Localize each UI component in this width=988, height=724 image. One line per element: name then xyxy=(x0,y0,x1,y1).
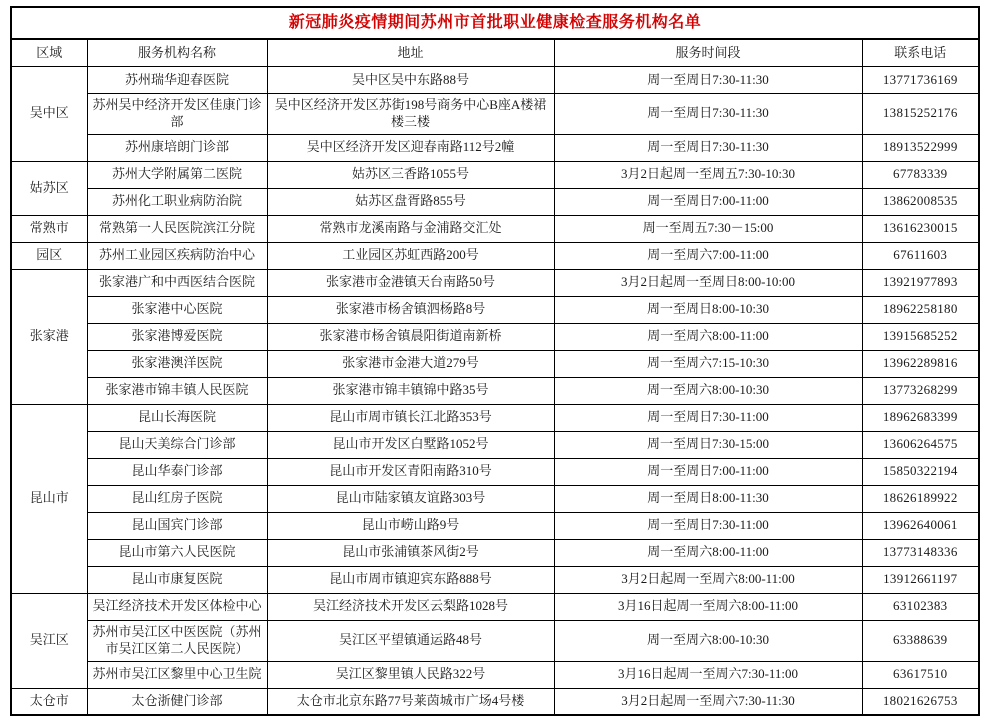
phone-cell: 67611603 xyxy=(862,242,979,269)
address-cell: 太仓市北京东路77号莱茵城市广场4号楼 xyxy=(267,688,554,715)
table-row: 昆山市康复医院昆山市周市镇迎宾东路888号3月2日起周一至周六8:00-11:0… xyxy=(11,566,979,593)
table-row: 苏州吴中经济开发区佳康门诊部吴中区经济开发区苏街198号商务中心B座A楼裙楼三楼… xyxy=(11,94,979,135)
institution-name-cell: 苏州市吴江区中医医院（苏州市吴江区第二人民医院） xyxy=(87,620,267,661)
phone-cell: 13771736169 xyxy=(862,67,979,94)
service-hours-cell: 周一至周六8:00-10:30 xyxy=(554,377,862,404)
address-cell: 昆山市周市镇迎宾东路888号 xyxy=(267,566,554,593)
institution-name-cell: 昆山红房子医院 xyxy=(87,485,267,512)
address-cell: 昆山市周市镇长江北路353号 xyxy=(267,404,554,431)
region-cell: 吴中区 xyxy=(11,67,87,162)
institution-name-cell: 苏州吴中经济开发区佳康门诊部 xyxy=(87,94,267,135)
column-header-1: 服务机构名称 xyxy=(87,39,267,67)
phone-cell: 18021626753 xyxy=(862,688,979,715)
institution-name-cell: 昆山国宾门诊部 xyxy=(87,512,267,539)
address-cell: 昆山市开发区青阳南路310号 xyxy=(267,458,554,485)
service-hours-cell: 周一至周六7:00-11:00 xyxy=(554,242,862,269)
table-row: 姑苏区苏州大学附属第二医院姑苏区三香路1055号3月2日起周一至周五7:30-1… xyxy=(11,161,979,188)
table-row: 昆山市昆山长海医院昆山市周市镇长江北路353号周一至周日7:30-11:0018… xyxy=(11,404,979,431)
table-row: 张家港中心医院张家港市杨舍镇泗杨路8号周一至周日8:00-10:30189622… xyxy=(11,296,979,323)
service-hours-cell: 周一至周六8:00-11:00 xyxy=(554,539,862,566)
address-cell: 昆山市崂山路9号 xyxy=(267,512,554,539)
region-cell: 张家港 xyxy=(11,269,87,404)
table-row: 苏州市吴江区中医医院（苏州市吴江区第二人民医院）吴江区平望镇通运路48号周一至周… xyxy=(11,620,979,661)
institution-name-cell: 张家港广和中西医结合医院 xyxy=(87,269,267,296)
address-cell: 昆山市陆家镇友谊路303号 xyxy=(267,485,554,512)
institution-name-cell: 苏州大学附属第二医院 xyxy=(87,161,267,188)
phone-cell: 18962683399 xyxy=(862,404,979,431)
service-hours-cell: 周一至周日7:30-11:30 xyxy=(554,134,862,161)
service-hours-cell: 3月2日起周一至周六7:30-11:30 xyxy=(554,688,862,715)
service-hours-cell: 周一至周日7:30-11:30 xyxy=(554,94,862,135)
document-page: 新冠肺炎疫情期间苏州市首批职业健康检查服务机构名单 区域服务机构名称地址服务时间… xyxy=(0,0,988,724)
address-cell: 张家港市杨舍镇晨阳街道南新桥 xyxy=(267,323,554,350)
phone-cell: 13862008535 xyxy=(862,188,979,215)
region-cell: 常熟市 xyxy=(11,215,87,242)
institution-name-cell: 苏州化工职业病防治院 xyxy=(87,188,267,215)
table-row: 张家港博爱医院张家港市杨舍镇晨阳街道南新桥周一至周六8:00-11:001391… xyxy=(11,323,979,350)
address-cell: 吴江区平望镇通运路48号 xyxy=(267,620,554,661)
column-header-0: 区域 xyxy=(11,39,87,67)
institution-name-cell: 昆山天美综合门诊部 xyxy=(87,431,267,458)
institution-name-cell: 昆山市第六人民医院 xyxy=(87,539,267,566)
table-row: 昆山天美综合门诊部昆山市开发区白墅路1052号周一至周日7:30-15:0013… xyxy=(11,431,979,458)
column-header-row: 区域服务机构名称地址服务时间段联系电话 xyxy=(11,39,979,67)
address-cell: 张家港市锦丰镇锦中路35号 xyxy=(267,377,554,404)
phone-cell: 13815252176 xyxy=(862,94,979,135)
address-cell: 吴江经济技术开发区云梨路1028号 xyxy=(267,593,554,620)
service-hours-cell: 周一至周日8:00-11:30 xyxy=(554,485,862,512)
phone-cell: 13912661197 xyxy=(862,566,979,593)
institution-name-cell: 苏州市吴江区黎里中心卫生院 xyxy=(87,661,267,688)
table-row: 园区苏州工业园区疾病防治中心工业园区苏虹西路200号周一至周六7:00-11:0… xyxy=(11,242,979,269)
table-row: 吴中区苏州瑞华迎春医院吴中区吴中东路88号周一至周日7:30-11:301377… xyxy=(11,67,979,94)
service-hours-cell: 周一至周日7:30-11:00 xyxy=(554,512,862,539)
service-hours-cell: 3月16日起周一至周六7:30-11:00 xyxy=(554,661,862,688)
table-row: 张家港市锦丰镇人民医院张家港市锦丰镇锦中路35号周一至周六8:00-10:301… xyxy=(11,377,979,404)
address-cell: 常熟市龙溪南路与金浦路交汇处 xyxy=(267,215,554,242)
table-row: 张家港张家港广和中西医结合医院张家港市金港镇天台南路50号3月2日起周一至周日8… xyxy=(11,269,979,296)
phone-cell: 15850322194 xyxy=(862,458,979,485)
table-row: 昆山红房子医院昆山市陆家镇友谊路303号周一至周日8:00-11:3018626… xyxy=(11,485,979,512)
institution-name-cell: 张家港市锦丰镇人民医院 xyxy=(87,377,267,404)
address-cell: 张家港市金港镇天台南路50号 xyxy=(267,269,554,296)
region-cell: 昆山市 xyxy=(11,404,87,593)
service-hours-cell: 3月2日起周一至周五7:30-10:30 xyxy=(554,161,862,188)
table-row: 苏州化工职业病防治院姑苏区盘胥路855号周一至周日7:00-11:0013862… xyxy=(11,188,979,215)
institution-name-cell: 吴江经济技术开发区体检中心 xyxy=(87,593,267,620)
address-cell: 吴中区吴中东路88号 xyxy=(267,67,554,94)
address-cell: 张家港市杨舍镇泗杨路8号 xyxy=(267,296,554,323)
phone-cell: 13962289816 xyxy=(862,350,979,377)
region-cell: 太仓市 xyxy=(11,688,87,715)
phone-cell: 13921977893 xyxy=(862,269,979,296)
phone-cell: 63102383 xyxy=(862,593,979,620)
service-hours-cell: 周一至周日7:30-15:00 xyxy=(554,431,862,458)
column-header-4: 联系电话 xyxy=(862,39,979,67)
phone-cell: 18626189922 xyxy=(862,485,979,512)
service-hours-cell: 周一至周六8:00-11:00 xyxy=(554,323,862,350)
table-row: 昆山华泰门诊部昆山市开发区青阳南路310号周一至周日7:00-11:001585… xyxy=(11,458,979,485)
institution-name-cell: 昆山长海医院 xyxy=(87,404,267,431)
phone-cell: 63388639 xyxy=(862,620,979,661)
phone-cell: 67783339 xyxy=(862,161,979,188)
service-hours-cell: 3月2日起周一至周六8:00-11:00 xyxy=(554,566,862,593)
table-row: 常熟市常熟第一人民医院滨江分院常熟市龙溪南路与金浦路交汇处周一至周五7:30－1… xyxy=(11,215,979,242)
phone-cell: 13962640061 xyxy=(862,512,979,539)
address-cell: 吴江区黎里镇人民路322号 xyxy=(267,661,554,688)
service-hours-cell: 周一至周日8:00-10:30 xyxy=(554,296,862,323)
phone-cell: 18962258180 xyxy=(862,296,979,323)
column-header-3: 服务时间段 xyxy=(554,39,862,67)
phone-cell: 13915685252 xyxy=(862,323,979,350)
institution-name-cell: 苏州瑞华迎春医院 xyxy=(87,67,267,94)
institutions-table: 新冠肺炎疫情期间苏州市首批职业健康检查服务机构名单 区域服务机构名称地址服务时间… xyxy=(10,6,980,716)
table-row: 昆山国宾门诊部昆山市崂山路9号周一至周日7:30-11:001396264006… xyxy=(11,512,979,539)
address-cell: 工业园区苏虹西路200号 xyxy=(267,242,554,269)
address-cell: 姑苏区盘胥路855号 xyxy=(267,188,554,215)
region-cell: 姑苏区 xyxy=(11,161,87,215)
address-cell: 张家港市金港大道279号 xyxy=(267,350,554,377)
service-hours-cell: 周一至周日7:00-11:00 xyxy=(554,188,862,215)
table-row: 吴江区吴江经济技术开发区体检中心吴江经济技术开发区云梨路1028号3月16日起周… xyxy=(11,593,979,620)
institution-name-cell: 常熟第一人民医院滨江分院 xyxy=(87,215,267,242)
phone-cell: 13606264575 xyxy=(862,431,979,458)
phone-cell: 63617510 xyxy=(862,661,979,688)
page-title: 新冠肺炎疫情期间苏州市首批职业健康检查服务机构名单 xyxy=(11,7,979,39)
institution-name-cell: 苏州康培朗门诊部 xyxy=(87,134,267,161)
institution-name-cell: 张家港博爱医院 xyxy=(87,323,267,350)
institution-name-cell: 苏州工业园区疾病防治中心 xyxy=(87,242,267,269)
service-hours-cell: 周一至周日7:30-11:00 xyxy=(554,404,862,431)
institution-name-cell: 昆山市康复医院 xyxy=(87,566,267,593)
region-cell: 园区 xyxy=(11,242,87,269)
address-cell: 吴中区经济开发区迎春南路112号2幢 xyxy=(267,134,554,161)
table-row: 太仓市太仓浙健门诊部太仓市北京东路77号莱茵城市广场4号楼3月2日起周一至周六7… xyxy=(11,688,979,715)
column-header-2: 地址 xyxy=(267,39,554,67)
institution-name-cell: 张家港澳洋医院 xyxy=(87,350,267,377)
service-hours-cell: 3月16日起周一至周六8:00-11:00 xyxy=(554,593,862,620)
address-cell: 姑苏区三香路1055号 xyxy=(267,161,554,188)
institution-name-cell: 太仓浙健门诊部 xyxy=(87,688,267,715)
phone-cell: 18913522999 xyxy=(862,134,979,161)
table-row: 昆山市第六人民医院昆山市张浦镇茶风街2号周一至周六8:00-11:0013773… xyxy=(11,539,979,566)
service-hours-cell: 周一至周日7:30-11:30 xyxy=(554,67,862,94)
table-row: 苏州市吴江区黎里中心卫生院吴江区黎里镇人民路322号3月16日起周一至周六7:3… xyxy=(11,661,979,688)
table-row: 苏州康培朗门诊部吴中区经济开发区迎春南路112号2幢周一至周日7:30-11:3… xyxy=(11,134,979,161)
service-hours-cell: 周一至周六8:00-10:30 xyxy=(554,620,862,661)
service-hours-cell: 周一至周六7:15-10:30 xyxy=(554,350,862,377)
phone-cell: 13616230015 xyxy=(862,215,979,242)
address-cell: 吴中区经济开发区苏街198号商务中心B座A楼裙楼三楼 xyxy=(267,94,554,135)
region-cell: 吴江区 xyxy=(11,593,87,688)
institution-name-cell: 昆山华泰门诊部 xyxy=(87,458,267,485)
table-row: 张家港澳洋医院张家港市金港大道279号周一至周六7:15-10:30139622… xyxy=(11,350,979,377)
title-row: 新冠肺炎疫情期间苏州市首批职业健康检查服务机构名单 xyxy=(11,7,979,39)
institution-name-cell: 张家港中心医院 xyxy=(87,296,267,323)
service-hours-cell: 周一至周日7:00-11:00 xyxy=(554,458,862,485)
service-hours-cell: 3月2日起周一至周日8:00-10:00 xyxy=(554,269,862,296)
phone-cell: 13773268299 xyxy=(862,377,979,404)
service-hours-cell: 周一至周五7:30－15:00 xyxy=(554,215,862,242)
phone-cell: 13773148336 xyxy=(862,539,979,566)
address-cell: 昆山市开发区白墅路1052号 xyxy=(267,431,554,458)
address-cell: 昆山市张浦镇茶风街2号 xyxy=(267,539,554,566)
